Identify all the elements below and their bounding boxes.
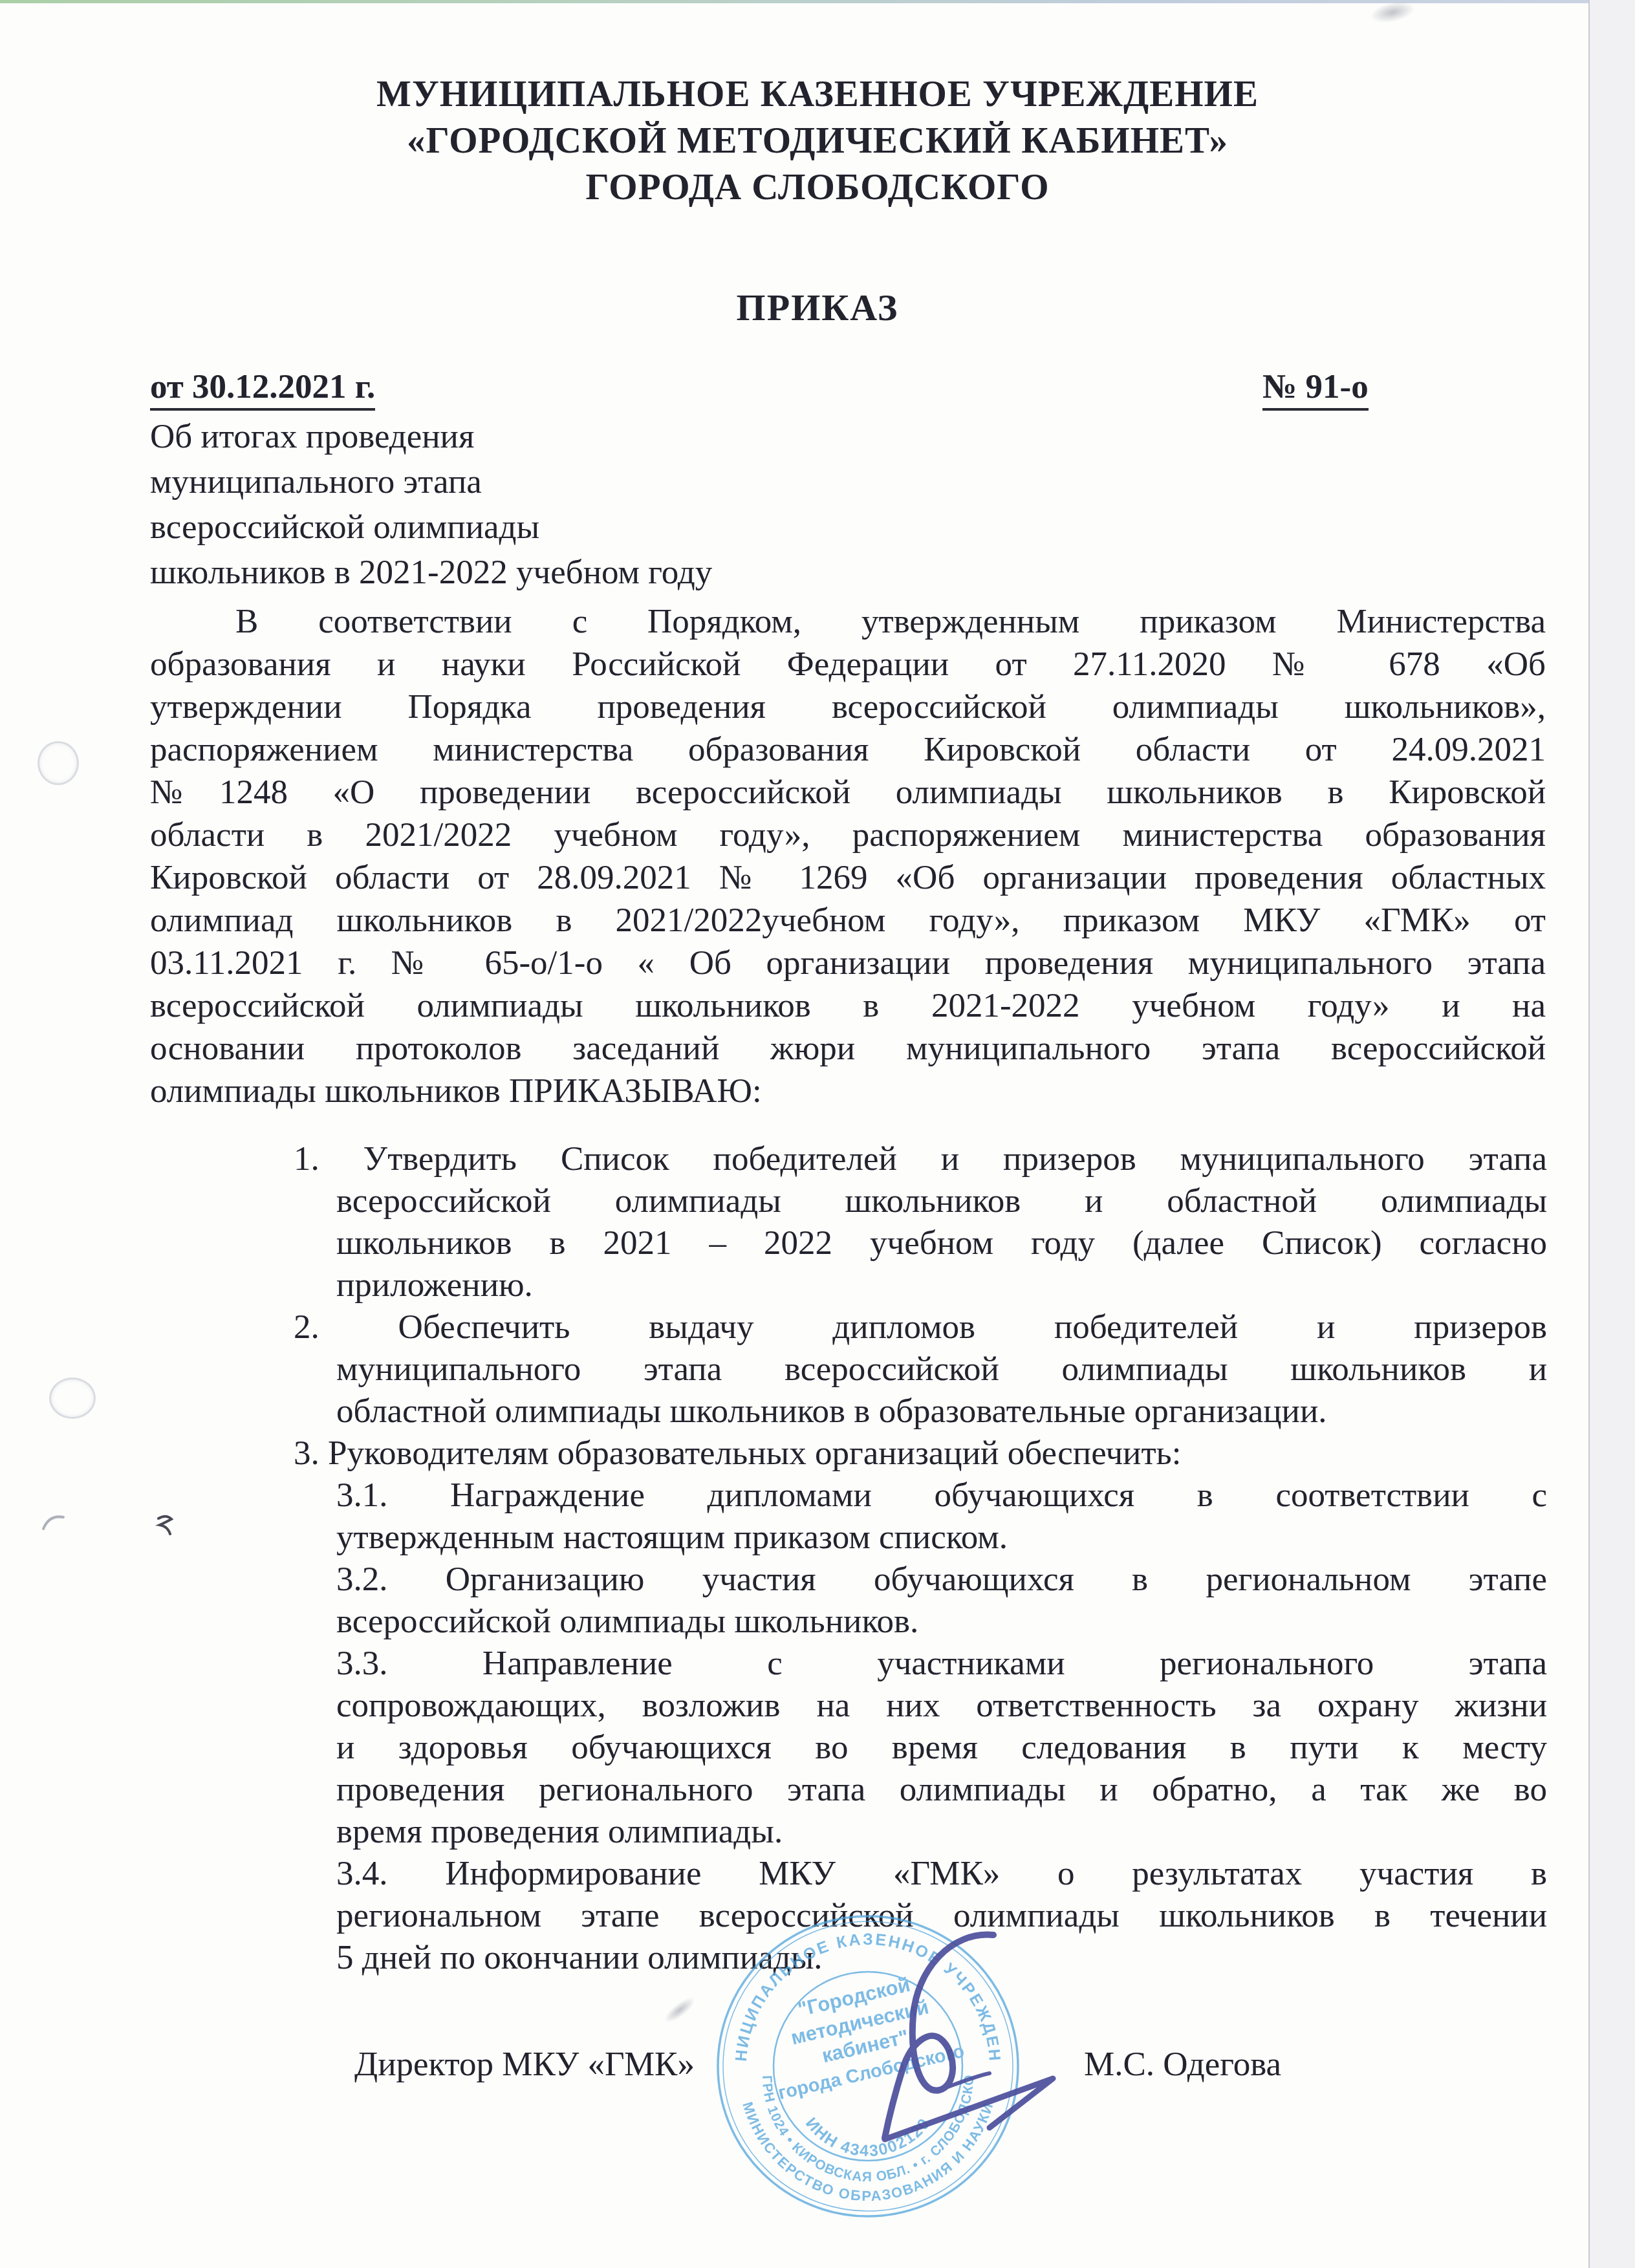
text-line: утверждении Порядка проведения всероссий…	[150, 686, 1546, 728]
text-line: распоряжением министерства образования К…	[150, 728, 1546, 771]
subject-line: школьников в 2021-2022 учебном году	[150, 550, 1056, 595]
text-line: области в 2021/2022 учебном году», распо…	[150, 814, 1546, 856]
text-line: 3.3. Направление с участниками региональ…	[336, 1643, 1547, 1685]
decree-list: 1. Утвердить Список победителей и призер…	[336, 1138, 1547, 1979]
text-line: муниципального этапа всероссийской олимп…	[336, 1348, 1547, 1390]
text-line: всероссийской олимпиады школьников в 202…	[150, 984, 1546, 1027]
text-line: олимпиады школьников ПРИКАЗЫВАЮ:	[150, 1070, 1546, 1112]
text-line: олимпиад школьников в 2021/2022учебном г…	[150, 899, 1546, 942]
text-line: В соответствии с Порядком, утвержденным …	[150, 600, 1546, 643]
org-name-line: «ГОРОДСКОЙ МЕТОДИЧЕСКИЙ КАБИНЕТ»	[0, 118, 1635, 164]
text-line: 3.4. Информирование МКУ «ГМК» о результа…	[336, 1853, 1547, 1895]
text-line: приложению.	[336, 1264, 1547, 1306]
list-subitem: 3.1. Награждение дипломами обучающихся в…	[336, 1474, 1547, 1559]
stray-pen-mark	[41, 1512, 67, 1533]
text-line: основании протоколов заседаний жюри муни…	[150, 1027, 1546, 1070]
list-item: 3. Руководителям образовательных организ…	[336, 1432, 1547, 1474]
text-line: 3.2. Организацию участия обучающихся в р…	[336, 1559, 1547, 1601]
scan-smudge	[661, 1993, 698, 2026]
punch-hole-mark	[38, 741, 79, 785]
order-date: от 30.12.2021 г.	[150, 367, 375, 411]
text-line: 3. Руководителям образовательных организ…	[336, 1432, 1547, 1474]
text-line: проведения регионального этапа олимпиады…	[336, 1769, 1547, 1811]
text-line: образования и науки Российской Федерации…	[150, 643, 1546, 686]
decree-paragraph: В соответствии с Порядком, утвержденным …	[150, 600, 1546, 1112]
text-line: и здоровья обучающихся во время следован…	[336, 1727, 1547, 1769]
doc-type-title: ПРИКАЗ	[0, 286, 1635, 329]
signature-name: М.С. Одегова	[1084, 2045, 1281, 2084]
signature-role: Директор МКУ «ГМК»	[354, 2045, 695, 2084]
text-line: утвержденным настоящим приказом списком.	[336, 1517, 1547, 1559]
org-header: МУНИЦИПАЛЬНОЕ КАЗЕННОЕ УЧРЕЖДЕНИЕ «ГОРОД…	[0, 71, 1635, 211]
list-subitem: 3.2. Организацию участия обучающихся в р…	[336, 1559, 1547, 1643]
text-line: сопровождающих, возложив на них ответств…	[336, 1685, 1547, 1727]
org-name-line: ГОРОДА СЛОБОДСКОГО	[0, 164, 1635, 211]
scan-right-paper-edge	[1588, 0, 1635, 2268]
org-name-line: МУНИЦИПАЛЬНОЕ КАЗЕННОЕ УЧРЕЖДЕНИЕ	[0, 71, 1635, 118]
text-line: школьников в 2021 – 2022 учебном году (д…	[336, 1222, 1547, 1264]
list-subitem: 3.3. Направление с участниками региональ…	[336, 1643, 1547, 1853]
scan-smudge	[1369, 0, 1417, 27]
text-line: №1248 «О проведении всероссийской олимпи…	[150, 771, 1546, 814]
text-line: Кировской области от 28.09.2021 № 1269 «…	[150, 856, 1546, 899]
text-line: 03.11.2021 г. № 65-о/1-о « Об организаци…	[150, 942, 1546, 984]
text-line: всероссийской олимпиады школьников.	[336, 1601, 1547, 1643]
subject-line: всероссийской олимпиады	[150, 504, 1056, 550]
text-line: всероссийской олимпиады школьников и обл…	[336, 1180, 1547, 1222]
punch-hole-mark	[49, 1377, 96, 1419]
order-subject: Об итогах проведения муниципального этап…	[150, 414, 1056, 595]
text-line: областной олимпиады школьников в образов…	[336, 1390, 1547, 1432]
scanned-order-page: МУНИЦИПАЛЬНОЕ КАЗЕННОЕ УЧРЕЖДЕНИЕ «ГОРОД…	[0, 0, 1635, 2268]
stray-ink-mark	[155, 1513, 177, 1539]
list-item: 1. Утвердить Список победителей и призер…	[336, 1138, 1547, 1306]
text-line: 3.1. Награждение дипломами обучающихся в…	[336, 1474, 1547, 1517]
list-item: 2. Обеспечить выдачу дипломов победителе…	[336, 1306, 1547, 1432]
text-line: 2. Обеспечить выдачу дипломов победителе…	[336, 1306, 1547, 1348]
signature-ink	[860, 1914, 1093, 2173]
text-line: 1. Утвердить Список победителей и призер…	[336, 1138, 1547, 1180]
subject-line: Об итогах проведения	[150, 414, 1056, 459]
subject-line: муниципального этапа	[150, 459, 1056, 504]
text-line: время проведения олимпиады.	[336, 1811, 1547, 1853]
order-number: № 91-о	[1262, 367, 1369, 411]
